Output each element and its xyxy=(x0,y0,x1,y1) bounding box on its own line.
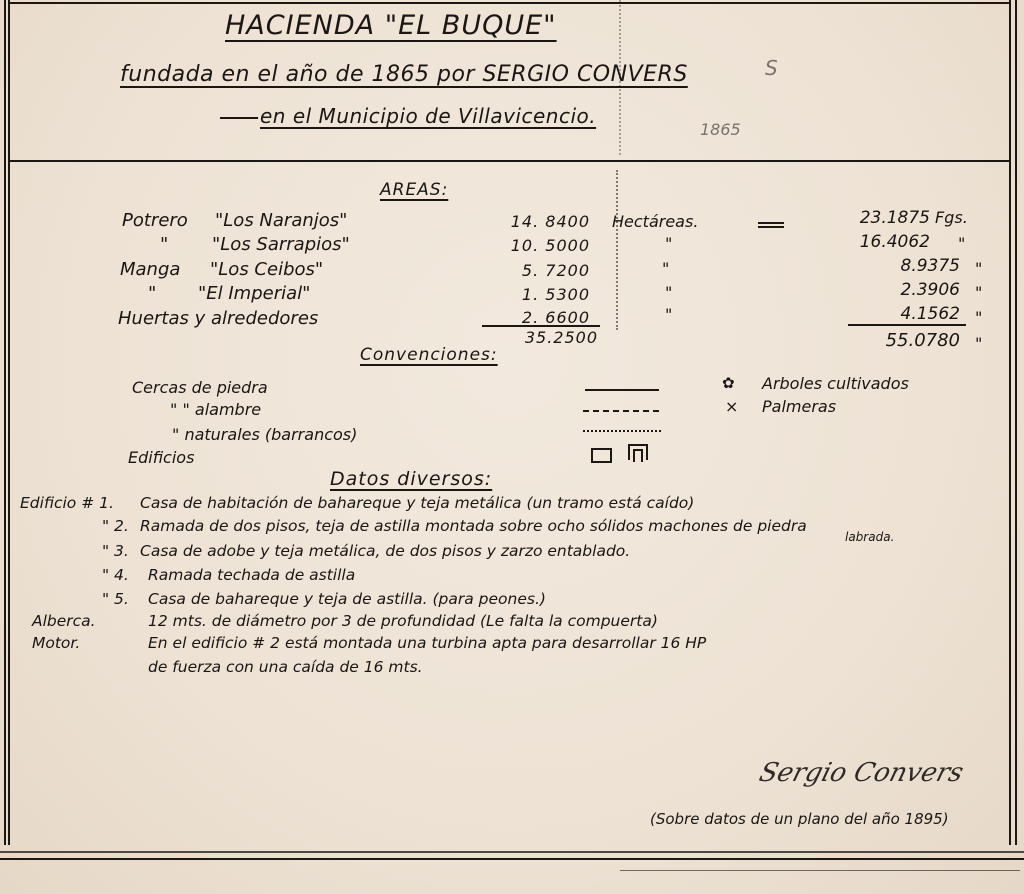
fanegadas-sum-line xyxy=(848,324,966,326)
total-fanegadas: 55.0780 xyxy=(850,330,960,351)
dashed-line-symbol xyxy=(583,410,659,414)
bottom-rule-1 xyxy=(0,851,1024,853)
building-1-label: Edificio # 1. xyxy=(20,494,114,512)
legend-label-trees: Arboles cultivados xyxy=(762,374,909,393)
area-hectares: 1. 5300 xyxy=(480,285,590,304)
building-4-text: Ramada techada de astilla xyxy=(148,566,355,584)
solid-line-symbol xyxy=(585,389,659,391)
area-name: "El Imperial" xyxy=(198,283,310,304)
location-text: en el Municipio de Villavicencio. xyxy=(260,104,596,128)
legend-label-palms: Palmeras xyxy=(762,397,836,416)
alberca-label: Alberca. xyxy=(32,612,96,630)
area-fg-unit: " xyxy=(958,234,965,253)
equals-sign xyxy=(758,222,784,228)
legend-label-wire-fence: " " alambre xyxy=(170,400,261,419)
building-5-text: Casa de bahareque y teja de astilla. (pa… xyxy=(148,590,546,608)
area-fanegadas: 16.4062 xyxy=(820,232,930,252)
area-unit: " xyxy=(665,283,672,302)
areas-heading: AREAS: xyxy=(380,180,448,200)
document-page: HACIENDA "EL BUQUE" fundada en el año de… xyxy=(0,0,1024,894)
area-prefix: Potrero xyxy=(122,210,188,231)
area-fanegadas: 4.1562 xyxy=(850,304,960,324)
legend-label-natural-fence: " naturales (barrancos) xyxy=(172,425,357,444)
building-square-icon xyxy=(591,448,612,463)
building-2-label: " 2. xyxy=(102,517,129,535)
frame-border-top xyxy=(10,2,1010,4)
location-line: en el Municipio de Villavicencio. xyxy=(220,104,596,128)
area-name: "Los Naranjos" xyxy=(215,210,347,231)
area-unit: " xyxy=(662,259,669,278)
area-fanegadas: 8.9375 xyxy=(850,256,960,276)
building-3-label: " 3. xyxy=(102,542,129,560)
area-fg-unit: " xyxy=(975,308,982,327)
datos-heading: Datos diversos: xyxy=(330,468,492,490)
building-1-text: Casa de habitación de bahareque y teja m… xyxy=(140,494,694,512)
area-hectares: 10. 5000 xyxy=(480,236,590,255)
building-2-text: Ramada de dos pisos, teja de astilla mon… xyxy=(140,517,807,535)
frame-border-right-outer xyxy=(1015,0,1017,845)
area-name: "Los Ceibos" xyxy=(210,259,323,280)
area-fg-unit: " xyxy=(975,259,982,278)
margin-mark: S xyxy=(765,56,778,80)
signature: Sergio Convers xyxy=(756,758,967,788)
bottom-rule-3 xyxy=(620,870,1020,871)
motor-text: En el edificio # 2 está montada una turb… xyxy=(148,634,706,652)
area-prefix: " xyxy=(148,283,156,304)
total-hectares: 35.2500 xyxy=(488,328,598,347)
margin-year-mark: 1865 xyxy=(700,120,741,139)
building-open-icon xyxy=(628,444,648,460)
frame-border-left xyxy=(4,0,6,845)
source-note: (Sobre datos de un plano del año 1895) xyxy=(650,810,949,828)
frame-border-left-inner xyxy=(8,0,10,845)
building-5-label: " 5. xyxy=(102,590,129,608)
building-2-text-cont: labrada. xyxy=(845,530,894,544)
area-unit: Hectáreas. xyxy=(612,212,698,231)
fold-mark-lower xyxy=(616,170,620,330)
building-3-text: Casa de adobe y teja metálica, de dos pi… xyxy=(140,542,630,560)
legend-label-buildings: Edificios xyxy=(128,448,194,467)
page-title: HACIENDA "EL BUQUE" xyxy=(225,10,557,41)
area-prefix: " xyxy=(160,234,168,255)
motor-label: Motor. xyxy=(32,634,80,652)
tree-icon: ✿ xyxy=(722,374,735,392)
lead-dash xyxy=(220,117,258,119)
area-unit: " xyxy=(665,234,672,253)
area-fg-unit: Fgs. xyxy=(935,208,968,227)
frame-border-right xyxy=(1009,0,1011,845)
area-hectares: 5. 7200 xyxy=(480,261,590,280)
alberca-text: 12 mts. de diámetro por 3 de profundidad… xyxy=(148,612,658,630)
convenciones-heading: Convenciones: xyxy=(360,345,498,365)
legend-label-stone-fence: Cercas de piedra xyxy=(132,378,268,397)
palm-icon: × xyxy=(725,397,738,416)
area-name: "Los Sarrapios" xyxy=(212,234,350,255)
area-prefix: Huertas y alrededores xyxy=(118,308,318,329)
bottom-rule-2 xyxy=(0,858,1024,860)
area-prefix: Manga xyxy=(120,259,180,280)
area-hectares: 14. 8400 xyxy=(480,212,590,231)
total-fg-unit: " xyxy=(975,334,982,353)
area-unit: " xyxy=(665,305,672,324)
wavy-line-symbol xyxy=(583,430,661,436)
area-fanegadas: 23.1875 xyxy=(820,208,930,228)
founding-subtitle: fundada en el año de 1865 por SERGIO CON… xyxy=(120,62,688,87)
area-fanegadas: 2.3906 xyxy=(850,280,960,300)
area-fg-unit: " xyxy=(975,283,982,302)
hectares-sum-line xyxy=(482,325,600,327)
motor-text-cont: de fuerza con una caída de 16 mts. xyxy=(148,658,423,676)
header-divider xyxy=(8,160,1011,162)
building-4-label: " 4. xyxy=(102,566,129,584)
